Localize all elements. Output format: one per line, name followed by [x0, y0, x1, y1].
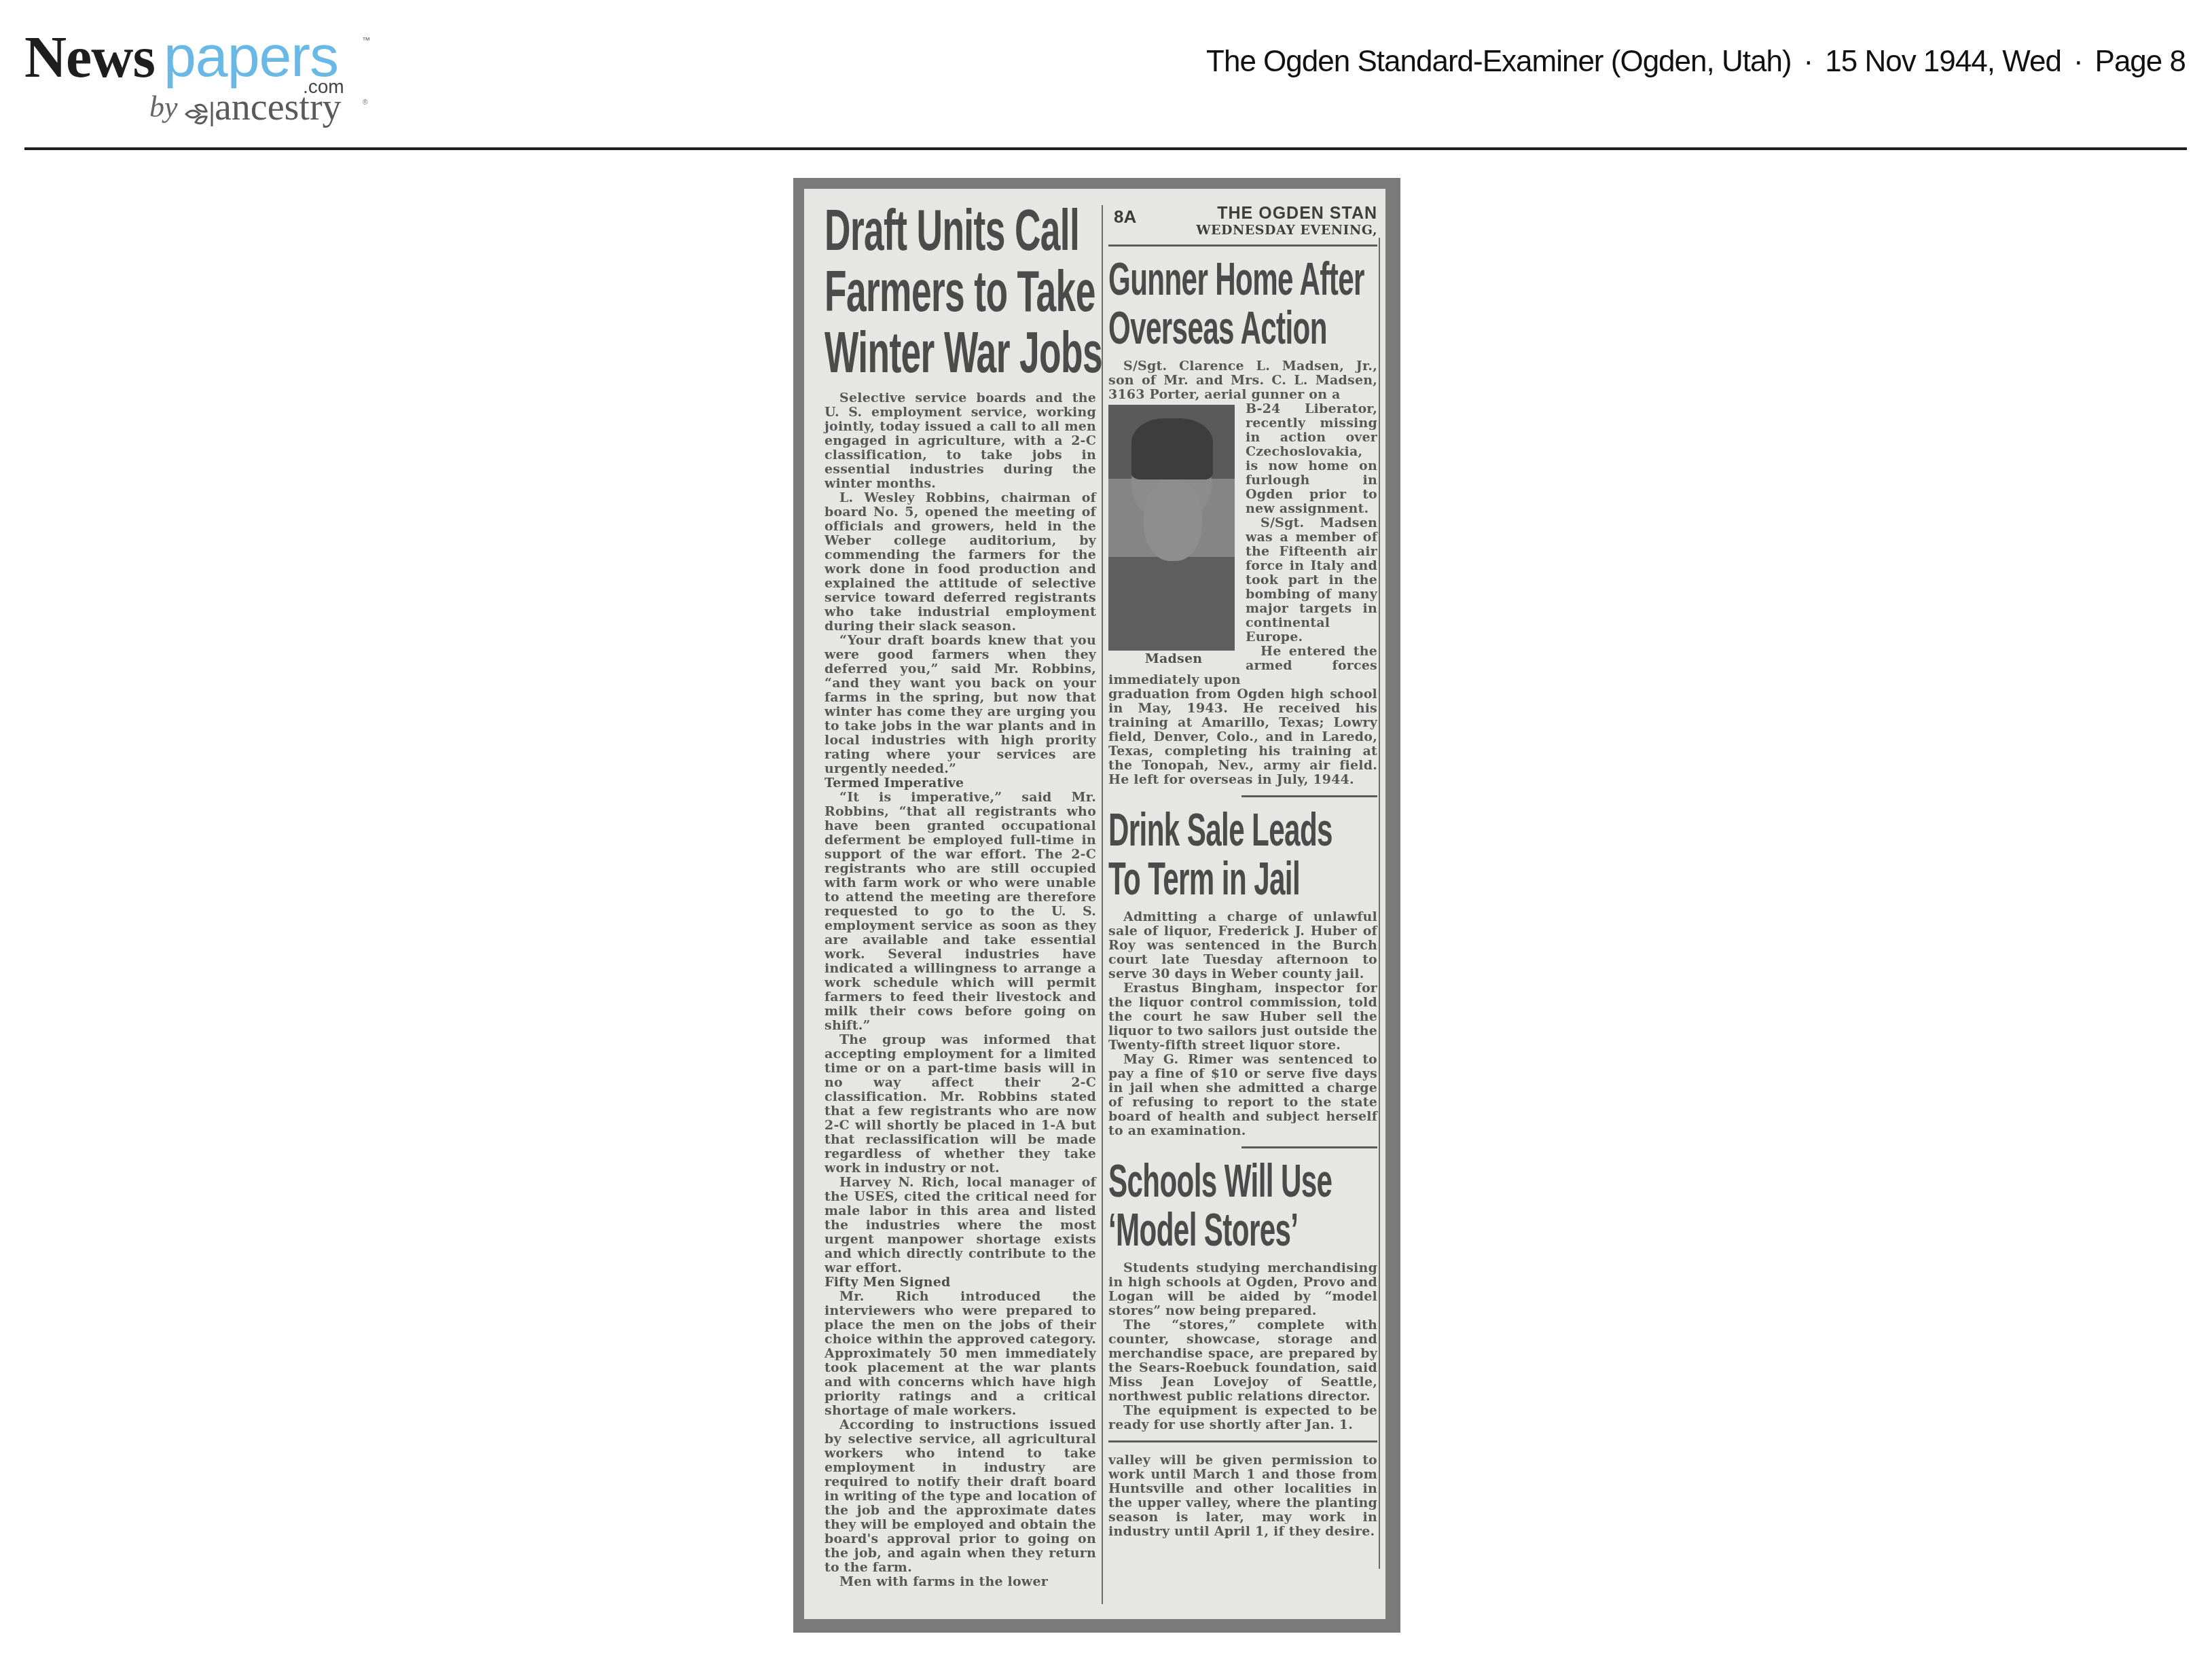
citation-separator: · — [2073, 45, 2083, 78]
paragraph: “Your draft boards knew that you were go… — [824, 634, 1096, 776]
subheading: Fifty Men Signed — [824, 1275, 1096, 1290]
newspapers-logo[interactable]: News papers ™ .com by ancestry ® — [24, 23, 378, 125]
headline-line: Overseas Action — [1108, 305, 1275, 351]
paragraph: Erastus Bingham, inspector for the liquo… — [1108, 981, 1377, 1053]
newspaper-clipping-image: Draft Units Call Farmers to Take Winter … — [804, 189, 1385, 1619]
headline-line: Winter War Jobs — [824, 323, 993, 382]
headline-line: To Term in Jail — [1108, 856, 1275, 902]
middle-column: 8A THE OGDEN STAN WEDNESDAY EVENING, Gun… — [1108, 201, 1377, 1539]
portrait-photo — [1108, 405, 1235, 651]
article-divider — [1108, 1440, 1377, 1442]
citation-page[interactable]: Page 8 — [2095, 45, 2186, 78]
article-body: S/Sgt. Clarence L. Madsen, Jr., son of M… — [1108, 359, 1377, 787]
paragraph: L. Wesley Robbins, chairman of board No.… — [824, 491, 1096, 634]
citation-date[interactable]: 15 Nov 1944, Wed — [1825, 45, 2061, 78]
masthead-title: THE OGDEN STAN — [1217, 204, 1377, 223]
adjacent-column-fragment — [1381, 238, 1385, 1589]
paragraph: valley will be given permission to work … — [1108, 1453, 1377, 1539]
paragraph: Students studying merchandising in high … — [1108, 1261, 1377, 1318]
logo-trademark: ™ — [362, 35, 370, 45]
site-header: News papers ™ .com by ancestry ® The Ogd… — [0, 0, 2212, 151]
article-body: Selective service boards and the U. S. e… — [824, 391, 1096, 1589]
paragraph: According to instructions issued by sele… — [824, 1418, 1096, 1575]
paragraph: S/Sgt. Clarence L. Madsen, Jr., son of M… — [1108, 359, 1377, 402]
article-drink-sale: Drink Sale Leads To Term in Jail Admitti… — [1108, 807, 1377, 1138]
paragraph: Selective service boards and the U. S. e… — [824, 391, 1096, 491]
paragraph: graduation from Ogden high school in May… — [1108, 687, 1377, 787]
logo-registered: ® — [363, 99, 367, 107]
headline-line: Gunner Home After — [1108, 256, 1275, 302]
paragraph: The group was informed that accepting em… — [824, 1033, 1096, 1176]
portrait-photo-block: Madsen — [1108, 405, 1239, 666]
headline-line: Drink Sale Leads — [1108, 807, 1275, 853]
newspaper-clipping-frame: Draft Units Call Farmers to Take Winter … — [793, 178, 1400, 1633]
article-body: Admitting a charge of unlawful sale of l… — [1108, 910, 1377, 1138]
paragraph: The equipment is expected to be ready fo… — [1108, 1404, 1377, 1432]
column-divider — [1379, 238, 1380, 1569]
paragraph: Admitting a charge of unlawful sale of l… — [1108, 910, 1377, 981]
photo-caption: Madsen — [1108, 652, 1239, 666]
citation-publication[interactable]: The Ogden Standard-Examiner (Ogden, Utah… — [1206, 45, 1791, 78]
column-divider — [1102, 205, 1103, 1604]
article-divider — [1241, 1146, 1377, 1148]
clipping-citation: The Ogden Standard-Examiner (Ogden, Utah… — [1206, 45, 2186, 79]
paragraph: Men with farms in the lower — [824, 1575, 1096, 1589]
logo-news-text: News — [24, 23, 155, 91]
newspaper-masthead: 8A THE OGDEN STAN WEDNESDAY EVENING, — [1108, 201, 1377, 247]
paragraph: Mr. Rich introduced the interviewers who… — [824, 1290, 1096, 1418]
paragraph: The “stores,” complete with counter, sho… — [1108, 1318, 1377, 1404]
article-draft-units: Draft Units Call Farmers to Take Winter … — [824, 201, 1096, 1589]
masthead-subtitle: WEDNESDAY EVENING, — [1196, 223, 1377, 238]
headline-line: Schools Will Use — [1108, 1158, 1275, 1204]
paragraph: Harvey N. Rich, local manager of the USE… — [824, 1176, 1096, 1275]
headline-line: Farmers to Take — [824, 262, 993, 321]
header-divider — [24, 147, 2187, 150]
citation-separator: · — [1804, 45, 1813, 78]
article-draft-continuation: valley will be given permission to work … — [1108, 1453, 1377, 1539]
logo-by-text: by — [149, 90, 178, 124]
logo-ancestry-text: ancestry — [215, 86, 342, 129]
article-divider — [1241, 795, 1377, 797]
ancestry-leaf-icon — [183, 101, 215, 128]
article-model-stores: Schools Will Use ‘Model Stores’ Students… — [1108, 1158, 1377, 1432]
article-body: Students studying merchandising in high … — [1108, 1261, 1377, 1432]
page-number: 8A — [1114, 206, 1136, 228]
paragraph: “It is imperative,” said Mr. Robbins, “t… — [824, 791, 1096, 1033]
headline-line: ‘Model Stores’ — [1108, 1207, 1275, 1253]
headline-line: Draft Units Call — [824, 201, 993, 259]
subheading: Termed Imperative — [824, 776, 1096, 791]
article-gunner-home: Gunner Home After Overseas Action S/Sgt.… — [1108, 256, 1377, 787]
paragraph: May G. Rimer was sentenced to pay a fine… — [1108, 1053, 1377, 1138]
